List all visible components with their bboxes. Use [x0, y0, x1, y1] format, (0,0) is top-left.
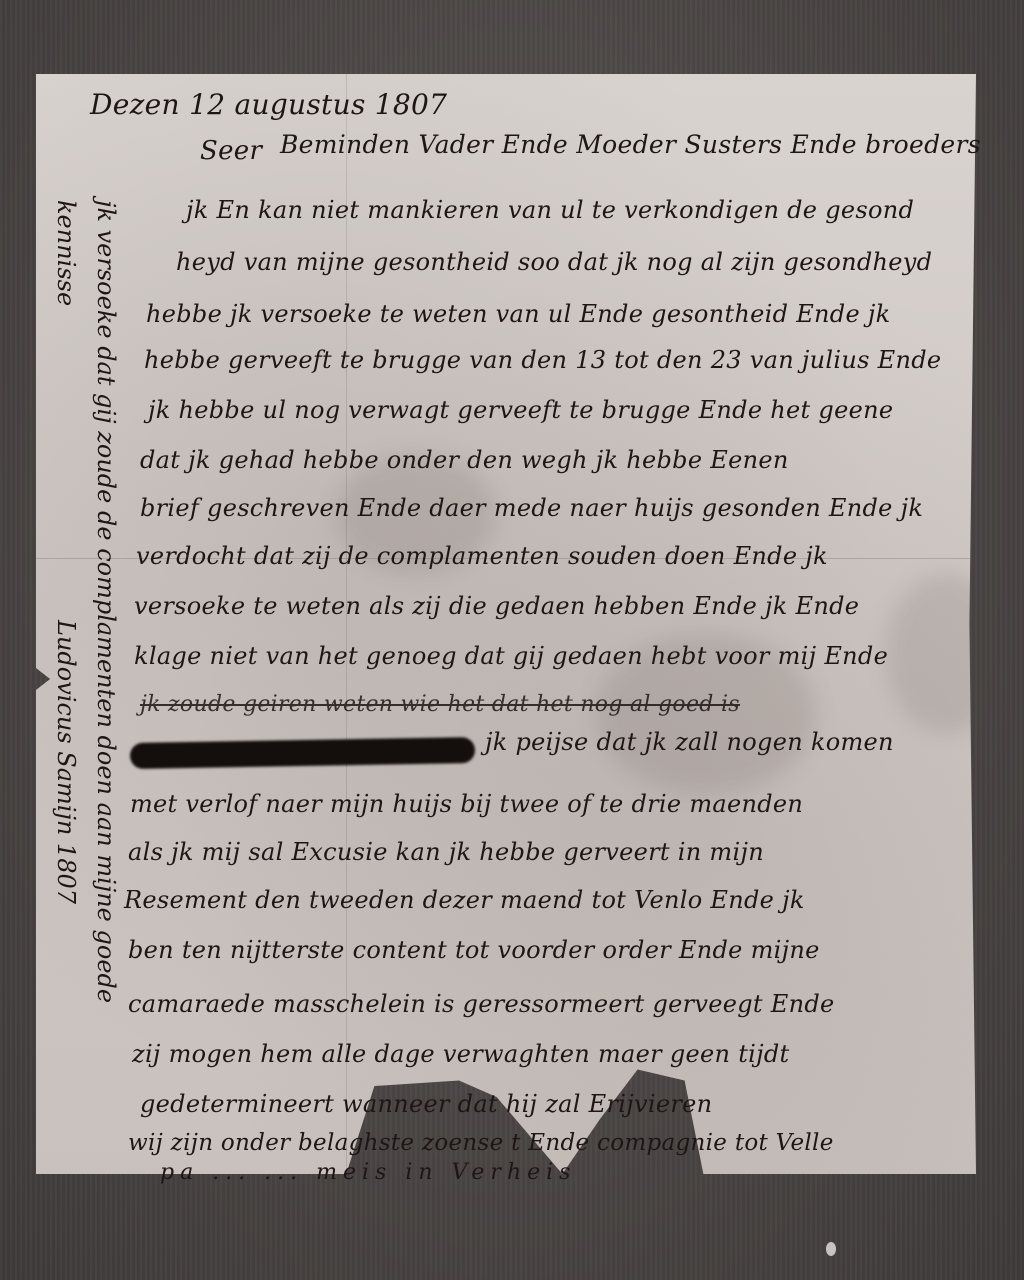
body-line: als jk mij sal Excusie kan jk hebbe gerv… [128, 838, 764, 866]
body-line: verdocht dat zij de complamenten souden … [136, 542, 828, 570]
salutation: Beminden Vader Ende Moeder Susters Ende … [280, 130, 981, 159]
body-line: dat jk gehad hebbe onder den wegh jk heb… [140, 446, 789, 474]
margin-note-line-2: kennisse [52, 200, 80, 306]
body-line: met verlof naer mijn huijs bij twee of t… [130, 790, 803, 818]
date-line: Dezen 12 augustus 1807 [90, 88, 447, 121]
body-line: camaraede masschelein is geressormeert g… [128, 990, 835, 1018]
body-line: hebbe jk versoeke te weten van ul Ende g… [146, 300, 890, 328]
body-line: gedetermineert wanneer dat hij zal Erijv… [140, 1090, 712, 1118]
body-line: wij zijn onder belaghste zoense t Ende c… [128, 1130, 834, 1156]
body-line: Resement den tweeden dezer maend tot Ven… [124, 886, 805, 914]
margin-note-signature: Ludovicus Samijn 1807 [52, 620, 80, 904]
body-line: jk hebbe ul nog verwagt gerveeft te brug… [148, 396, 893, 424]
margin-note-line-1: jk versoeke dat gij zoude de complamente… [92, 200, 120, 1003]
body-line: zij mogen hem alle dage verwaghten maer … [132, 1040, 790, 1068]
body-line: heyd van mijne gesontheid soo dat jk nog… [176, 248, 932, 276]
paper-stain [886, 574, 1006, 734]
body-line: versoeke te weten als zij die gedaen heb… [134, 592, 859, 620]
body-line: ben ten nijtterste content tot voorder o… [128, 936, 820, 964]
body-line-struck: jk zoude geiren weten wie het dat het no… [140, 692, 740, 717]
body-line: hebbe gerveeft te brugge van den 13 tot … [144, 346, 941, 374]
body-line: klage niet van het genoeg dat gij gedaen… [134, 642, 888, 670]
body-line: jk En kan niet mankieren van ul te verko… [186, 196, 914, 224]
body-line-torn: pa ... ... meis in Verheis [160, 1160, 576, 1185]
salutation-prefix: Seer [200, 136, 262, 166]
body-line: jk peijse dat jk zall nogen komen [485, 728, 894, 756]
body-line: brief geschreven Ende daer mede naer hui… [140, 494, 923, 522]
dust-speck [826, 1242, 836, 1256]
